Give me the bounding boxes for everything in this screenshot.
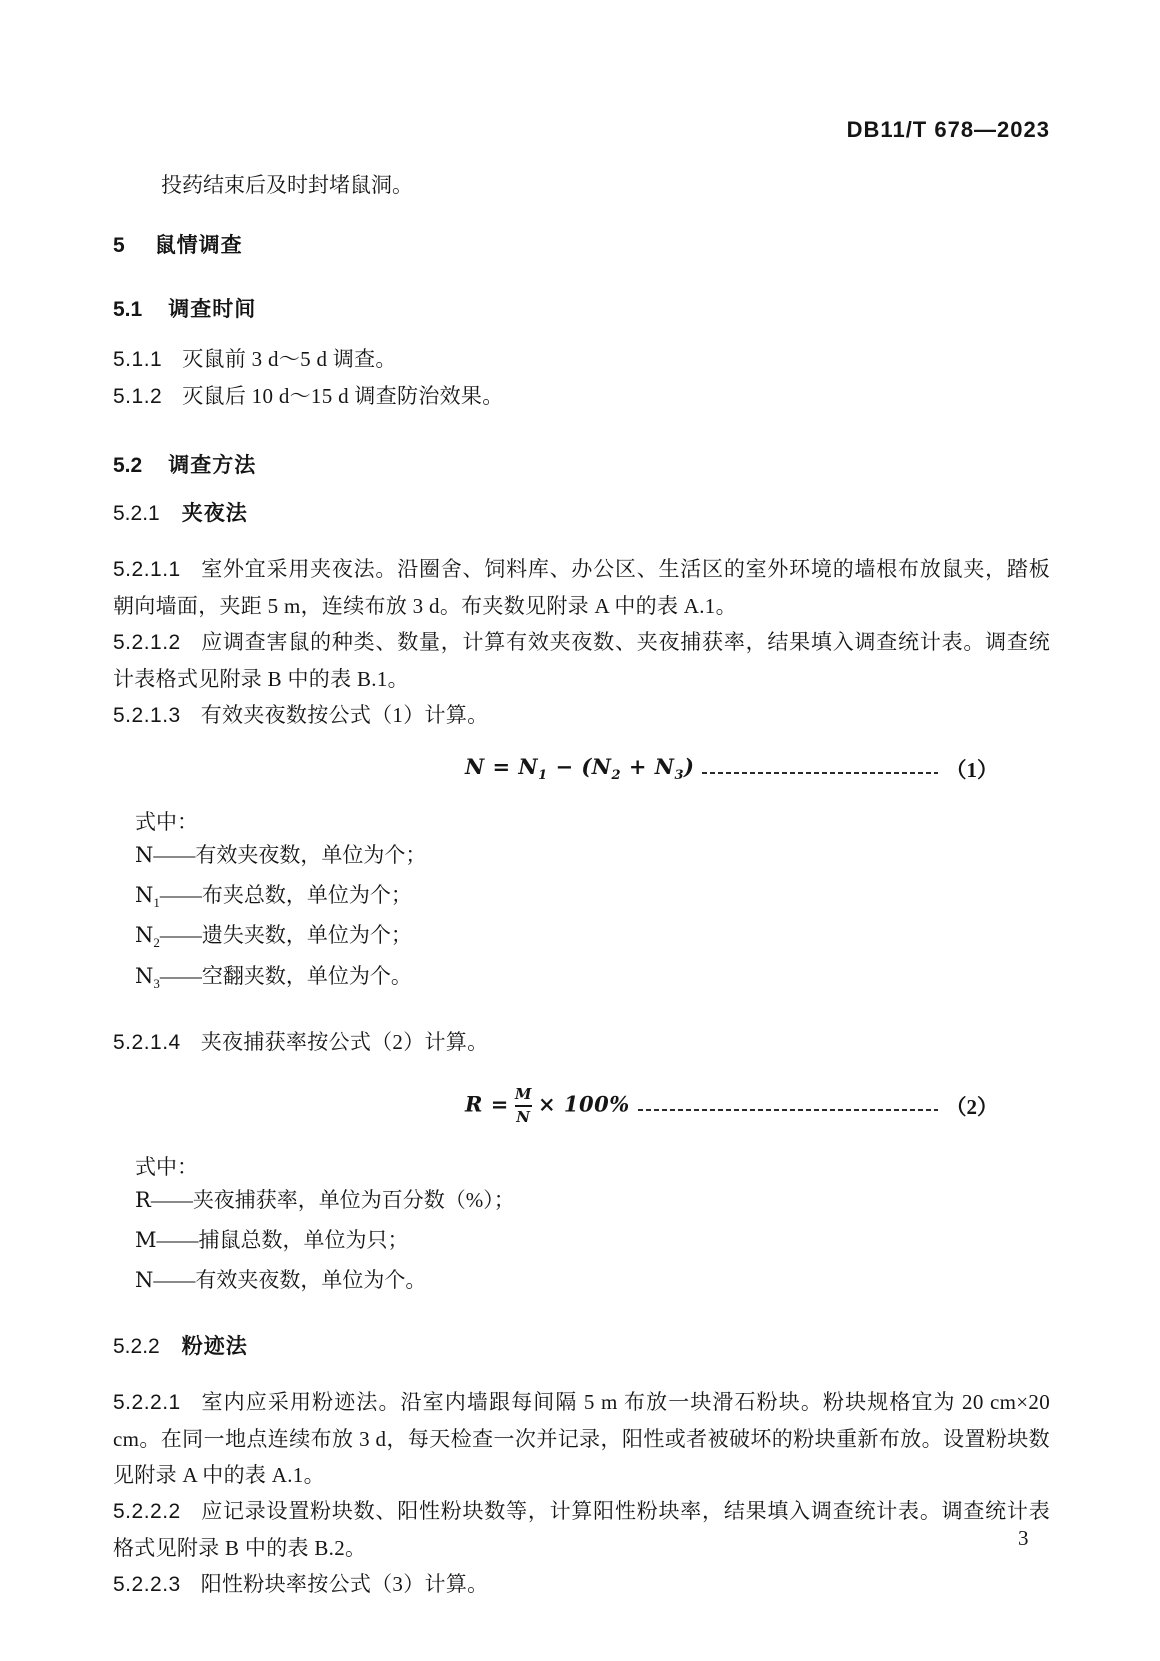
clause-text: 室内应采用粉迹法。沿室内墙跟每间隔 5 m 布放一块滑石粉块。粉块规格宜为 20…	[113, 1390, 1050, 1487]
clause-number: 5.1.2	[113, 385, 162, 408]
dotted-leader	[702, 772, 937, 774]
formula-term: M——捕鼠总数，单位为只；	[135, 1224, 1050, 1264]
clause-text: 有效夹夜数按公式（1）计算。	[201, 703, 489, 727]
formula-2-number: （2）	[946, 1091, 999, 1121]
clause-5-2-1-4: 5.2.1.4夹夜捕获率按公式（2）计算。	[113, 1024, 1050, 1061]
where-label: 式中：	[135, 806, 1050, 839]
clause-text: 室外宜采用夹夜法。沿圈舍、饲料库、办公区、生活区的室外环境的墙根布放鼠夹，踏板朝…	[113, 557, 1050, 618]
formula-term: N3——空翻夹数，单位为个。	[135, 960, 1050, 1000]
heading-number: 5.1	[113, 297, 142, 323]
heading-title: 鼠情调查	[155, 233, 243, 259]
heading-5-2-1: 5.2.1 夹夜法	[113, 501, 1050, 527]
heading-number: 5.2.1	[113, 501, 160, 527]
clause-number: 5.2.1.4	[113, 1031, 181, 1054]
dotted-leader	[638, 1109, 938, 1111]
formula-1-number: （1）	[946, 754, 999, 784]
clause-text: 灭鼠后 10 d～15 d 调查防治效果。	[182, 384, 503, 408]
clause-5-1-2: 5.1.2灭鼠后 10 d～15 d 调查防治效果。	[113, 378, 1050, 415]
clause-number: 5.2.1.3	[113, 704, 181, 727]
clause-text: 阳性粉块率按公式（3）计算。	[201, 1572, 489, 1596]
clause-number: 5.1.1	[113, 348, 162, 371]
fraction: MN	[515, 1087, 532, 1125]
heading-number: 5.2	[113, 453, 142, 479]
heading-5-1: 5.1 调查时间	[113, 297, 1050, 323]
paragraph-intro: 投药结束后及时封堵鼠洞。	[161, 167, 1050, 203]
document-page: DB11/T 678—2023 投药结束后及时封堵鼠洞。 5 鼠情调查 5.1 …	[0, 0, 1160, 1661]
clause-number: 5.2.2.1	[113, 1391, 181, 1414]
heading-5: 5 鼠情调查	[113, 233, 1050, 259]
page-number: 3	[1018, 1524, 1029, 1552]
heading-5-2-2: 5.2.2 粉迹法	[113, 1334, 1050, 1360]
heading-title: 调查时间	[168, 297, 256, 323]
formula-term: N2——遗失夹数，单位为个；	[135, 919, 1050, 959]
formula-term: N1——布夹总数，单位为个；	[135, 879, 1050, 919]
formula-2-expression: R =MN× 100%	[465, 1087, 630, 1125]
formula-2: R =MN× 100% （2）	[113, 1087, 1050, 1125]
heading-5-2: 5.2 调查方法	[113, 453, 1050, 479]
heading-title: 调查方法	[168, 453, 256, 479]
formula-term: R——夹夜捕获率，单位为百分数（%）；	[135, 1184, 1050, 1224]
clause-5-2-1-1: 5.2.1.1室外宜采用夹夜法。沿圈舍、饲料库、办公区、生活区的室外环境的墙根布…	[113, 551, 1050, 624]
doc-number: DB11/T 678—2023	[113, 116, 1050, 143]
where-list-2: 式中： R——夹夜捕获率，单位为百分数（%）； M——捕鼠总数，单位为只； N—…	[135, 1151, 1050, 1305]
formula-term: N——有效夹夜数，单位为个；	[135, 839, 1050, 879]
fraction-bar	[515, 1105, 532, 1107]
clause-5-2-2-3: 5.2.2.3阳性粉块率按公式（3）计算。	[113, 1566, 1050, 1603]
page-content: DB11/T 678—2023 投药结束后及时封堵鼠洞。 5 鼠情调查 5.1 …	[113, 0, 1050, 1603]
clause-number: 5.2.2.2	[113, 1500, 181, 1523]
heading-number: 5.2.2	[113, 1334, 160, 1360]
clause-5-2-2-1: 5.2.2.1室内应采用粉迹法。沿室内墙跟每间隔 5 m 布放一块滑石粉块。粉块…	[113, 1384, 1050, 1493]
clause-text: 灭鼠前 3 d～5 d 调查。	[182, 347, 397, 371]
clause-5-2-2-2: 5.2.2.2应记录设置粉块数、阳性粉块数等，计算阳性粉块率，结果填入调查统计表…	[113, 1493, 1050, 1566]
clause-number: 5.2.1.2	[113, 631, 181, 654]
clause-number: 5.2.1.1	[113, 558, 181, 581]
clause-text: 夹夜捕获率按公式（2）计算。	[201, 1030, 489, 1054]
clause-5-2-1-2: 5.2.1.2应调查害鼠的种类、数量，计算有效夹夜数、夹夜捕获率，结果填入调查统…	[113, 624, 1050, 697]
heading-number: 5	[113, 233, 125, 259]
formula-1: N = N1 − (N2 + N3) （1）	[113, 754, 1050, 784]
clause-text: 应调查害鼠的种类、数量，计算有效夹夜数、夹夜捕获率，结果填入调查统计表。调查统计…	[113, 630, 1050, 691]
clause-text: 应记录设置粉块数、阳性粉块数等，计算阳性粉块率，结果填入调查统计表。调查统计表格…	[113, 1499, 1050, 1560]
where-list-1: 式中： N——有效夹夜数，单位为个； N1——布夹总数，单位为个； N2——遗失…	[135, 806, 1050, 1000]
formula-term: N——有效夹夜数，单位为个。	[135, 1264, 1050, 1304]
heading-title: 夹夜法	[182, 501, 248, 527]
where-label: 式中：	[135, 1151, 1050, 1184]
formula-1-expression: N = N1 − (N2 + N3)	[465, 754, 694, 783]
clause-5-2-1-3: 5.2.1.3有效夹夜数按公式（1）计算。	[113, 697, 1050, 734]
clause-number: 5.2.2.3	[113, 1573, 181, 1596]
clause-5-1-1: 5.1.1灭鼠前 3 d～5 d 调查。	[113, 341, 1050, 378]
heading-title: 粉迹法	[182, 1334, 248, 1360]
